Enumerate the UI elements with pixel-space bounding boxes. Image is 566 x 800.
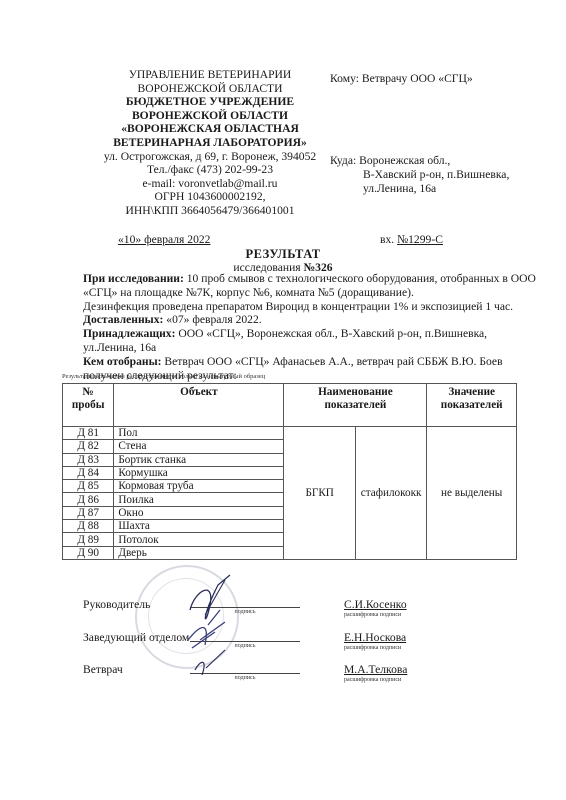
header-indicator-name: Наименование показателей — [284, 384, 427, 427]
sample-id: Д 84 — [63, 466, 114, 479]
handwritten-signatures — [170, 570, 260, 690]
org-line: УПРАВЛЕНИЕ ВЕТЕРИНАРИИ — [92, 68, 328, 82]
sample-id: Д 88 — [63, 520, 114, 533]
header-indicator-value: Значение показателей — [427, 384, 517, 427]
sample-object: Кормушка — [114, 466, 284, 479]
document-body: При исследовании: 10 проб смывов с техно… — [83, 272, 538, 382]
signatory-name: М.А.Телкова — [344, 663, 407, 676]
document-date: «10» февраля 2022 — [118, 233, 210, 246]
delivered-paragraph: Доставленных: «07» февраля 2022. — [83, 313, 538, 327]
org-line: ВОРОНЕЖСКОЙ ОБЛАСТИ — [92, 82, 328, 96]
sample-id: Д 81 — [63, 427, 114, 440]
signatory-name: С.И.Косенко — [344, 598, 407, 611]
research-label: При исследовании: — [83, 272, 184, 285]
org-line-bold: «ВОРОНЕЖСКАЯ ОБЛАСТНАЯ — [92, 122, 328, 136]
sample-id: Д 83 — [63, 453, 114, 466]
indicator-bgkp: БГКП — [284, 427, 355, 560]
incoming-value: №1299-С — [397, 233, 443, 246]
document-title: РЕЗУЛЬТАТ — [0, 247, 566, 262]
sample-id: Д 87 — [63, 506, 114, 519]
where-line: В-Хавский р-он, п.Вишневка, — [330, 168, 509, 182]
signature-decode: расшифровка подписи — [344, 677, 401, 683]
sample-id: Д 86 — [63, 493, 114, 506]
where-line: ул.Ленина, 16а — [330, 182, 509, 196]
results-table: № пробы Объект Наименование показателей … — [62, 383, 517, 560]
signatory-name: Е.Н.Носкова — [344, 631, 406, 644]
org-ogrn: ОГРН 1043600002192, — [92, 190, 328, 204]
incoming-number: вх. №1299-С — [380, 233, 443, 246]
sample-object: Бортик станка — [114, 453, 284, 466]
sample-object: Кормовая труба — [114, 480, 284, 493]
sample-object: Окно — [114, 506, 284, 519]
signature-decode: расшифровка подписи — [344, 645, 401, 651]
signature-role: Ветврач — [83, 663, 123, 676]
where-label: Куда: Воронежская обл., — [330, 154, 509, 168]
recipient-address: Куда: Воронежская обл., В-Хавский р-он, … — [330, 154, 509, 197]
org-line-bold: ВОРОНЕЖСКОЙ ОБЛАСТИ — [92, 109, 328, 123]
org-inn: ИНН\КПП 3664056479/366401001 — [92, 204, 328, 218]
delivered-label: Доставленных: — [83, 313, 163, 326]
sample-id: Д 90 — [63, 546, 114, 559]
delivered-text: «07» февраля 2022. — [163, 313, 261, 326]
sample-object: Шахта — [114, 520, 284, 533]
results-note: Результаты испытаний распространяются то… — [62, 373, 265, 380]
sample-object: Пол — [114, 427, 284, 440]
header-object: Объект — [114, 384, 284, 427]
indicator-staph: стафилококк — [355, 427, 426, 560]
sample-id: Д 85 — [63, 480, 114, 493]
recipient: Кому: Ветврачу ООО «СГЦ» — [330, 72, 473, 85]
org-line-bold: БЮДЖЕТНОЕ УЧРЕЖДЕНИЕ — [92, 95, 328, 109]
indicator-value: не выделены — [427, 427, 517, 560]
sample-id: Д 82 — [63, 440, 114, 453]
table-header-row: № пробы Объект Наименование показателей … — [63, 384, 517, 427]
organization-header: УПРАВЛЕНИЕ ВЕТЕРИНАРИИ ВОРОНЕЖСКОЙ ОБЛАС… — [92, 68, 328, 218]
owner-paragraph: Принадлежащих: ООО «СГЦ», Воронежская об… — [83, 327, 538, 355]
signature-decode: расшифровка подписи — [344, 612, 401, 618]
sampled-label: Кем отобраны: — [83, 355, 162, 368]
header-sample-number: № пробы — [63, 384, 114, 427]
research-paragraph: При исследовании: 10 проб смывов с техно… — [83, 272, 538, 300]
sampled-paragraph: Кем отобраны: Ветврач ООО «СГЦ» Афанасье… — [83, 355, 538, 369]
sampled-text: Ветврач ООО «СГЦ» Афанасьев А.А., ветвра… — [162, 355, 503, 368]
sample-object: Стена — [114, 440, 284, 453]
disinfection-text: Дезинфекция проведена препаратом Вироцид… — [83, 300, 538, 314]
org-email: e-mail: voronvetlab@mail.ru — [92, 177, 328, 191]
org-phone: Тел./факс (473) 202-99-23 — [92, 163, 328, 177]
signature-role: Руководитель — [83, 598, 150, 611]
owner-label: Принадлежащих: — [83, 327, 175, 340]
sample-object: Поилка — [114, 493, 284, 506]
table-row: Д 81 Пол БГКП стафилококк не выделены — [63, 427, 517, 440]
sample-object: Дверь — [114, 546, 284, 559]
sample-object: Потолок — [114, 533, 284, 546]
org-address: ул. Острогожская, д 69, г. Воронеж, 3940… — [92, 150, 328, 164]
sample-id: Д 89 — [63, 533, 114, 546]
org-line-bold: ВЕТЕРИНАРНАЯ ЛАБОРАТОРИЯ» — [92, 136, 328, 150]
incoming-prefix: вх. — [380, 233, 394, 246]
